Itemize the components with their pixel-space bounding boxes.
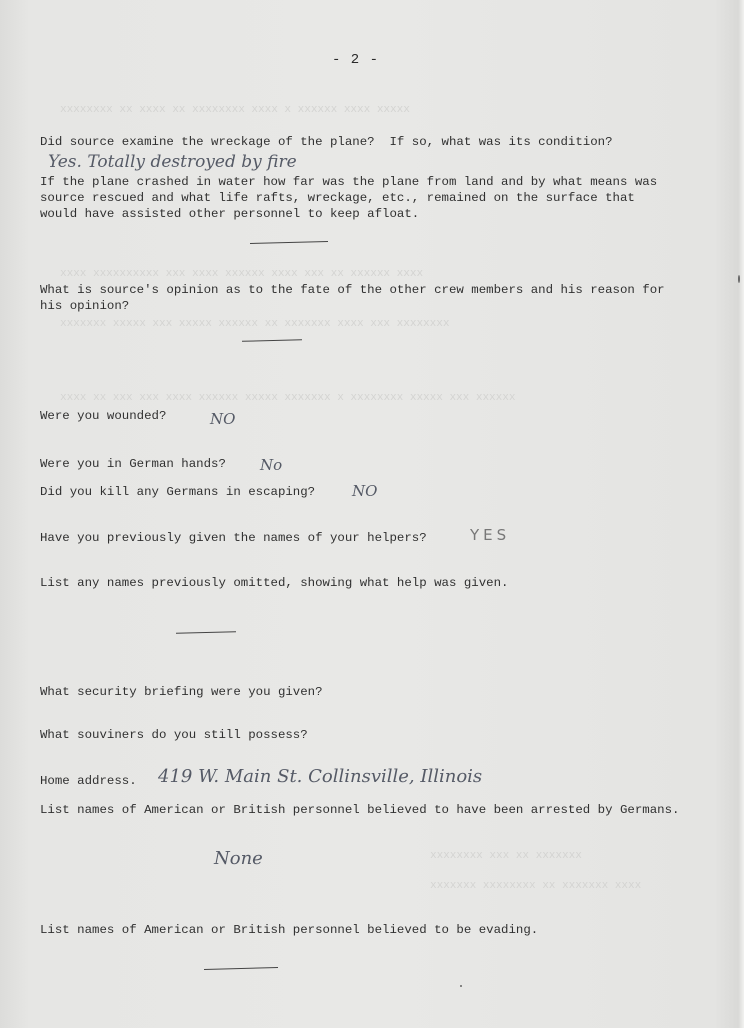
document-page: xxxxx xxxx xxxxxx x xxxx xxxxxxxx xx xxx… xyxy=(0,0,744,1028)
question-omitted-names: List any names previously omitted, showi… xyxy=(40,575,508,591)
answer-kill-germans[interactable]: NO xyxy=(352,482,377,500)
answer-home-address[interactable]: 419 W. Main St. Collinsville, Illinois xyxy=(158,766,482,787)
question-water-crash-line-2: source rescued and what life rafts, wrec… xyxy=(40,190,635,206)
bleed-through-text: xxxxx xxxx xxxxxx x xxxx xxxxxxxx xx xxx… xyxy=(60,104,410,116)
bleed-through-text: xxxxxxx xx xxx xxxxxxxx xyxy=(430,850,582,862)
answer-wreckage[interactable]: Yes. Totally destroyed by fire xyxy=(48,152,297,172)
answer-blank-line xyxy=(242,339,302,342)
answer-wounded[interactable]: NO xyxy=(210,410,235,428)
question-helpers-named: Have you previously given the names of y… xyxy=(40,530,427,546)
question-crew-fate-line-1: What is source's opinion as to the fate … xyxy=(40,282,665,298)
paper-mark xyxy=(738,275,740,283)
bleed-through-text: xxxx xxxxxxx xx xxxxxxxx xxxxxxx xyxy=(430,880,641,892)
page-number: - 2 - xyxy=(332,52,379,68)
question-evading: List names of American or British person… xyxy=(40,922,538,938)
answer-blank-line xyxy=(176,631,236,634)
question-home-address: Home address. xyxy=(40,773,137,789)
question-wounded: Were you wounded? xyxy=(40,408,166,424)
question-water-crash-line-1: If the plane crashed in water how far wa… xyxy=(40,174,657,190)
question-souvenirs: What souviners do you still possess? xyxy=(40,727,308,743)
question-crew-fate-line-2: his opinion? xyxy=(40,298,129,314)
page-edge xyxy=(738,0,744,1028)
answer-blank-line xyxy=(204,967,278,970)
question-arrested: List names of American or British person… xyxy=(40,802,679,818)
question-german-hands: Were you in German hands? xyxy=(40,456,226,472)
answer-helpers-named[interactable]: YES xyxy=(470,526,510,544)
bleed-through-text: xxxxxxxx xxx xxxx xxxxxxx xx xxxxxx xxxx… xyxy=(60,318,449,330)
bleed-through-text: xxxxxx xxx xxxxx xxxxxxxx x xxxxxxx xxxx… xyxy=(60,392,515,404)
answer-german-hands[interactable]: No xyxy=(260,456,282,474)
question-water-crash-line-3: would have assisted other personnel to k… xyxy=(40,206,419,222)
bleed-through-text: xxxx xxxxxx xx xxx xxxx xxxxxx xxxx xxx … xyxy=(60,268,423,280)
question-wreckage: Did source examine the wreckage of the p… xyxy=(40,134,613,150)
answer-arrested[interactable]: None xyxy=(214,848,263,869)
question-security-briefing: What security briefing were you given? xyxy=(40,684,323,700)
answer-blank-line xyxy=(250,241,328,244)
question-kill-germans: Did you kill any Germans in escaping? xyxy=(40,484,315,500)
paper-speck xyxy=(460,985,462,987)
